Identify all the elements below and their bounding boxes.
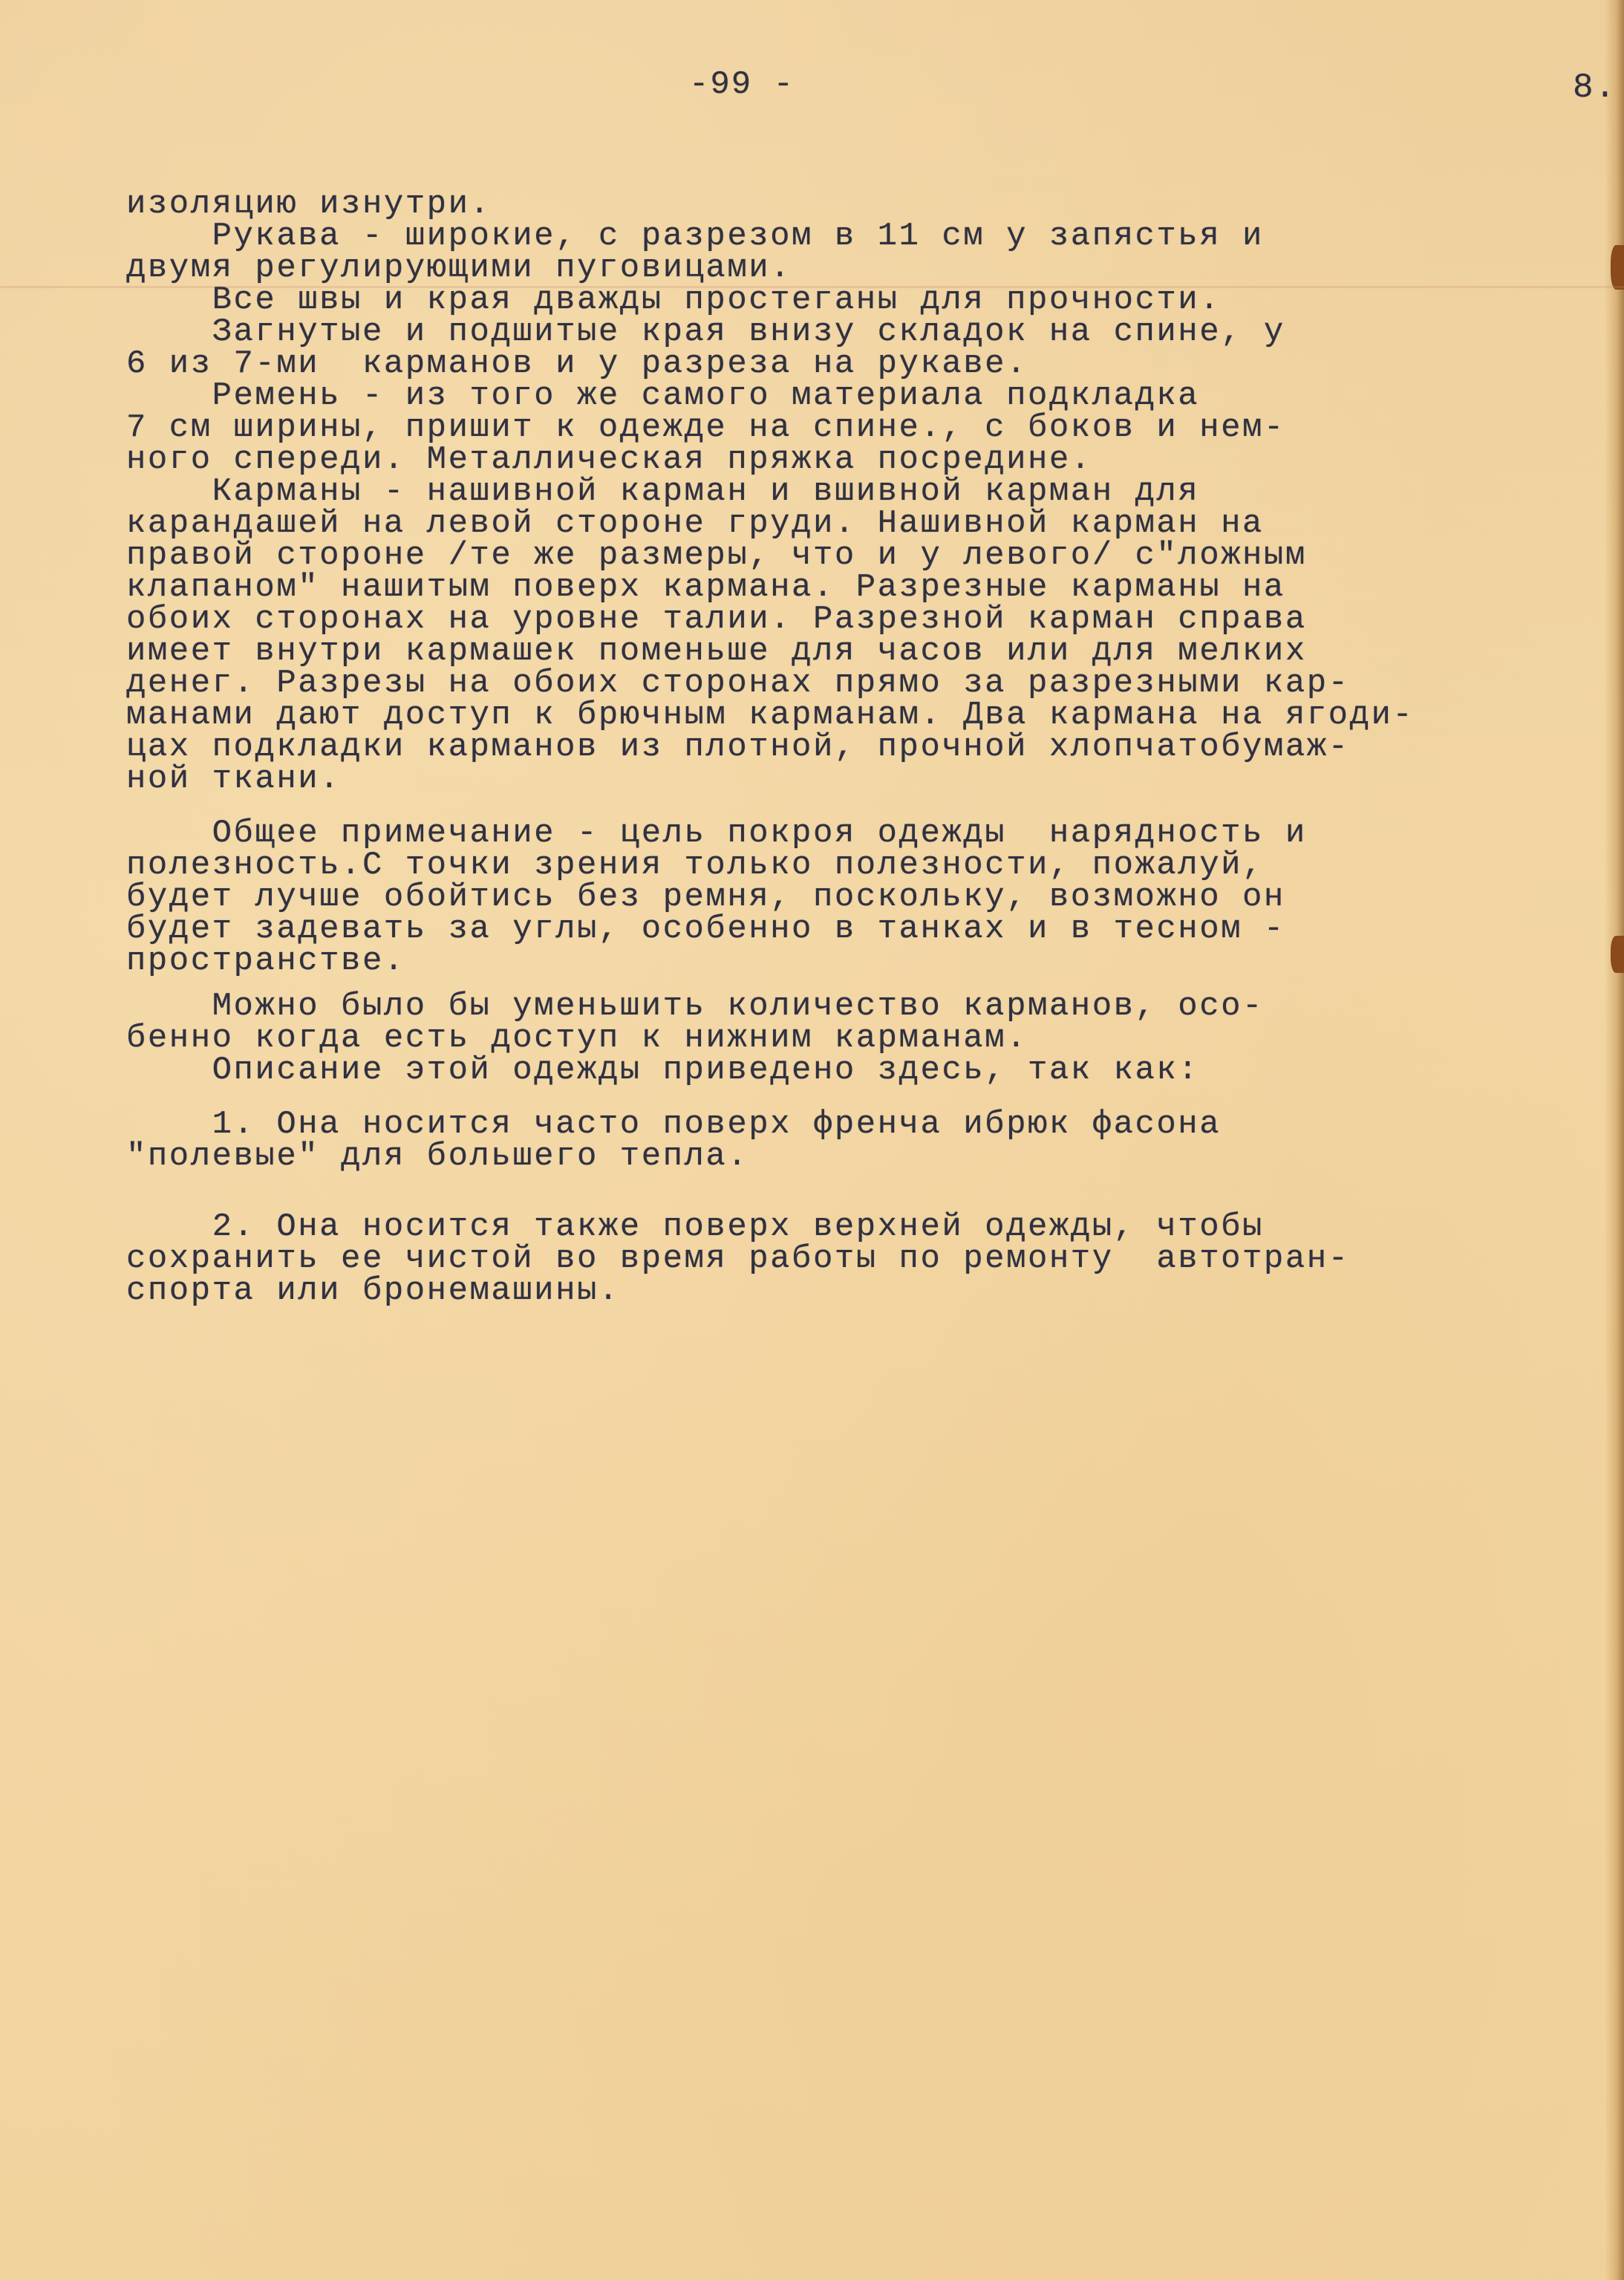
text-line: манами дают доступ к брючным карманам. Д… — [126, 700, 1574, 732]
text-line: клапаном" нашитым поверх кармана. Разрез… — [126, 572, 1574, 604]
text-line: Описание этой одежды приведено здесь, та… — [126, 1055, 1574, 1087]
text-line: Рукава - широкие, с разрезом в 11 см у з… — [126, 221, 1574, 253]
text-line: "полевые" для большего тепла. — [126, 1141, 1574, 1173]
text-line: будет лучше обойтись без ремня, поскольк… — [126, 882, 1574, 913]
page-edge-shadow — [1605, 0, 1624, 2280]
text-line: Загнутые и подшитые края внизу складок н… — [126, 316, 1574, 348]
text-line: цах подкладки карманов из плотной, прочн… — [126, 732, 1574, 763]
text-line: пространстве. — [126, 945, 1574, 977]
page-tear-mark — [1611, 245, 1624, 290]
text-line: Все швы и края дважды простеганы для про… — [126, 284, 1574, 316]
text-line: Можно было бы уменьшить количество карма… — [126, 991, 1574, 1023]
page-tear-mark — [1611, 936, 1624, 973]
text-line: ного спереди. Металлическая пряжка посре… — [126, 444, 1574, 476]
page-number: -99 - — [689, 68, 795, 101]
text-line: денег. Разрезы на обоих сторонах прямо з… — [126, 668, 1574, 700]
sheet-number: 8. — [1573, 71, 1617, 104]
text-line: обоих сторонах на уровне талии. Разрезно… — [126, 604, 1574, 636]
text-line: карандашей на левой стороне груди. Нашив… — [126, 508, 1574, 540]
paper-page: -99 - 8. изоляцию изнутри. Рукава - широ… — [0, 0, 1624, 2280]
text-line: полезность.С точки зрения только полезно… — [126, 850, 1574, 882]
text-line: имеет внутри кармашек поменьше для часов… — [126, 636, 1574, 668]
text-line: Карманы - нашивной карман и вшивной карм… — [126, 476, 1574, 508]
text-line: 6 из 7-ми карманов и у разреза на рукаве… — [126, 348, 1574, 380]
numbered-item-1: 1. Она носится часто поверх френча ибрюк… — [126, 1109, 1574, 1173]
text-line: Общее примечание - цель покроя одежды на… — [126, 818, 1574, 850]
text-line: ной ткани. — [126, 763, 1574, 795]
text-line: сохранить ее чистой во время работы по р… — [126, 1243, 1574, 1275]
text-line: Ремень - из того же самого материала под… — [126, 380, 1574, 412]
text-line: 1. Она носится часто поверх френча ибрюк… — [126, 1109, 1574, 1141]
typed-body-text: изоляцию изнутри. Рукава - широкие, с ра… — [126, 189, 1574, 1307]
text-line: бенно когда есть доступ к нижним кармана… — [126, 1023, 1574, 1055]
text-line: 7 см ширины, пришит к одежде на спине., … — [126, 412, 1574, 444]
text-line: изоляцию изнутри. — [126, 189, 1574, 221]
text-line: будет задевать за углы, особенно в танка… — [126, 913, 1574, 945]
text-line: двумя регулирующими пуговицами. — [126, 253, 1574, 284]
paragraph-gap — [126, 1173, 1574, 1211]
text-line: 2. Она носится также поверх верхней одеж… — [126, 1211, 1574, 1243]
numbered-item-2: 2. Она носится также поверх верхней одеж… — [126, 1211, 1574, 1307]
text-line: спорта или бронемашины. — [126, 1275, 1574, 1307]
text-line: правой стороне /те же размеры, что и у л… — [126, 540, 1574, 572]
